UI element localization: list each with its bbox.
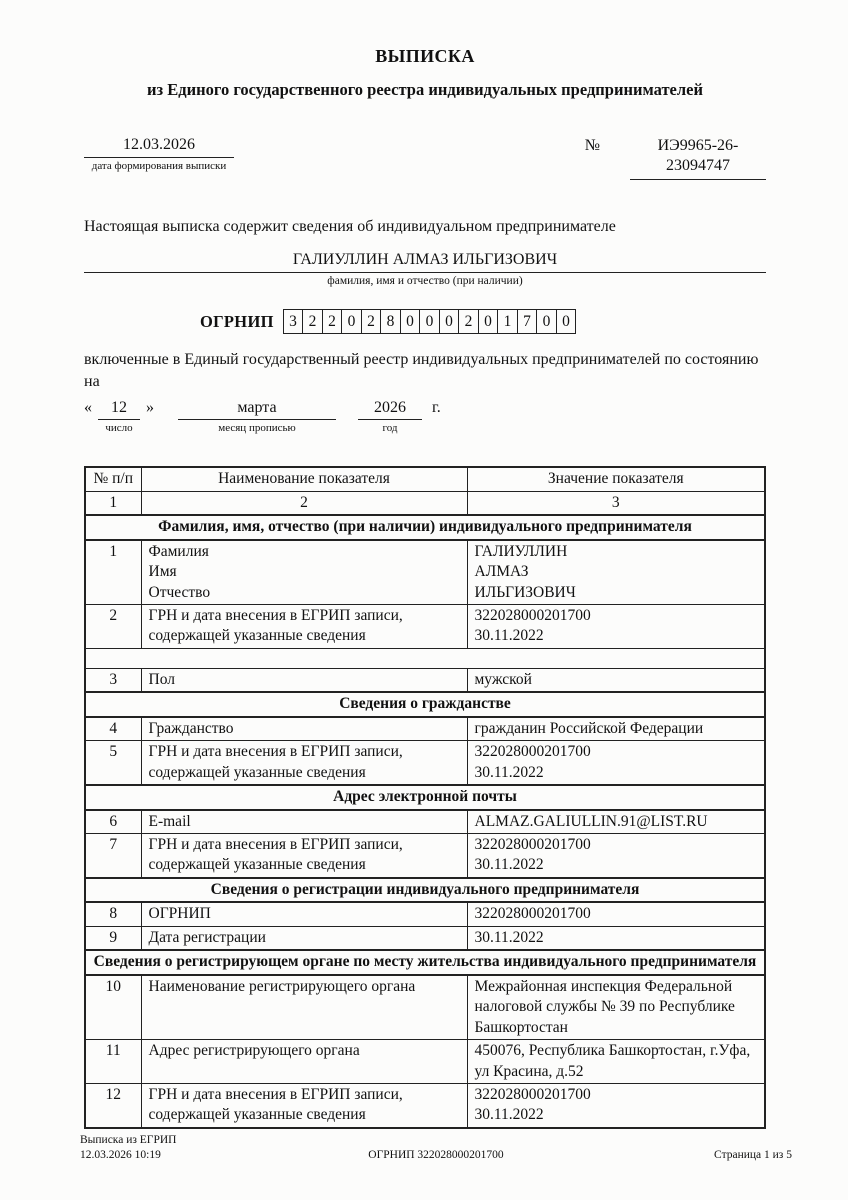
indicators-table: № п/п Наименование показателя Значение п… — [84, 466, 766, 1129]
row-number: 9 — [85, 926, 141, 950]
ogrnip-digit-box: 2 — [458, 309, 479, 334]
indicator-value: 30.11.2022 — [467, 926, 765, 950]
document-number-value: ИЭ9965-26- 23094747 — [630, 136, 766, 180]
section-title: Фамилия, имя, отчество (при наличии) инд… — [85, 515, 765, 539]
section-title: Сведения о регистрирующем органе по мест… — [85, 950, 765, 974]
ogrnip-digit-box: 3 — [283, 309, 304, 334]
ogrnip-digit-box: 0 — [536, 309, 557, 334]
document-page: ВЫПИСКА из Единого государственного реес… — [0, 0, 848, 1200]
data-row: 4Гражданствогражданин Российской Федерац… — [85, 717, 765, 741]
date-day-segment: 12 число — [98, 399, 140, 434]
date-day-value: 12 — [98, 399, 140, 420]
intro-text: Настоящая выписка содержит сведения об и… — [84, 218, 766, 236]
indicator-name: ОГРНИП — [141, 902, 467, 926]
data-row: 5ГРН и дата внесения в ЕГРИП записи, сод… — [85, 741, 765, 785]
date-day-caption: число — [98, 422, 140, 434]
quote-close: » — [146, 399, 154, 417]
column-header: № п/п — [85, 467, 141, 491]
indicator-value: 322028000201700 30.11.2022 — [467, 741, 765, 785]
indicator-name: Дата регистрации — [141, 926, 467, 950]
data-row: 9Дата регистрации30.11.2022 — [85, 926, 765, 950]
footer-doc-type: Выписка из ЕГРИП — [80, 1133, 317, 1149]
section-row: Сведения о регистрирующем органе по мест… — [85, 950, 765, 974]
indicator-name: ГРН и дата внесения в ЕГРИП записи, соде… — [141, 741, 467, 785]
indicator-value: гражданин Российской Федерации — [467, 717, 765, 741]
data-row: 7ГРН и дата внесения в ЕГРИП записи, сод… — [85, 834, 765, 878]
number-sign: № — [585, 137, 600, 155]
ogrnip-digit-box: 7 — [517, 309, 538, 334]
row-number: 10 — [85, 975, 141, 1040]
indicator-value: Межрайонная инспекция Федеральной налого… — [467, 975, 765, 1040]
quote-open: « — [84, 399, 92, 417]
section-title: Сведения о гражданстве — [85, 692, 765, 716]
indicator-name: Адрес регистрирующего органа — [141, 1040, 467, 1084]
ogrnip-digit-box: 0 — [341, 309, 362, 334]
meta-row: 12.03.2026 дата формирования выписки № И… — [84, 136, 766, 180]
row-number: 5 — [85, 741, 141, 785]
ogrnip-digit-box: 0 — [400, 309, 421, 334]
section-title: Сведения о регистрации индивидуального п… — [85, 878, 765, 902]
person-name: ГАЛИУЛЛИН АЛМАЗ ИЛЬГИЗОВИЧ — [84, 251, 766, 273]
indicator-value: мужской — [467, 668, 765, 692]
ogrnip-digit-box: 2 — [302, 309, 323, 334]
data-row: 8ОГРНИП322028000201700 — [85, 902, 765, 926]
included-text: включенные в Единый государственный реес… — [84, 349, 766, 392]
person-name-block: ГАЛИУЛЛИН АЛМАЗ ИЛЬГИЗОВИЧ фамилия, имя … — [84, 251, 766, 287]
section-row: Сведения о гражданстве — [85, 692, 765, 716]
date-month-caption: месяц прописью — [178, 422, 336, 434]
column-number: 2 — [141, 491, 467, 515]
row-number: 8 — [85, 902, 141, 926]
document-title: ВЫПИСКА — [84, 46, 766, 67]
row-number: 1 — [85, 540, 141, 605]
row-number: 6 — [85, 810, 141, 834]
form-date-block: 12.03.2026 дата формирования выписки — [84, 136, 234, 172]
indicator-name: Гражданство — [141, 717, 467, 741]
date-month-value: марта — [178, 399, 336, 420]
indicator-name: Пол — [141, 668, 467, 692]
indicator-name: ГРН и дата внесения в ЕГРИП записи, соде… — [141, 604, 467, 648]
date-year-value: 2026 — [358, 399, 422, 420]
footer-left: Выписка из ЕГРИП 12.03.2026 10:19 — [80, 1133, 317, 1164]
footer-ogrnip: ОГРНИП 322028000201700 — [317, 1148, 554, 1164]
table-header-row: № п/п Наименование показателя Значение п… — [85, 467, 765, 491]
document-number-block: ИЭ9965-26- 23094747 — [630, 136, 766, 180]
indicator-name: Наименование регистрирующего органа — [141, 975, 467, 1040]
ogrnip-digit-box: 8 — [380, 309, 401, 334]
ogrnip-digit-box: 2 — [361, 309, 382, 334]
ogrnip-digit-box: 0 — [556, 309, 577, 334]
footer-timestamp: 12.03.2026 10:19 — [80, 1148, 317, 1164]
indicator-name: Фамилия Имя Отчество — [141, 540, 467, 605]
indicator-name: ГРН и дата внесения в ЕГРИП записи, соде… — [141, 834, 467, 878]
section-row: Сведения о регистрации индивидуального п… — [85, 878, 765, 902]
data-row: 3Полмужской — [85, 668, 765, 692]
row-number: 4 — [85, 717, 141, 741]
empty-row — [85, 648, 765, 668]
column-number: 3 — [467, 491, 765, 515]
indicator-value: 450076, Республика Башкортостан, г.Уфа, … — [467, 1040, 765, 1084]
person-name-caption: фамилия, имя и отчество (при наличии) — [84, 275, 766, 287]
page-footer: Выписка из ЕГРИП 12.03.2026 10:19 ОГРНИП… — [80, 1133, 792, 1164]
ogrnip-label: ОГРНИП — [200, 312, 274, 332]
document-subtitle: из Единого государственного реестра инди… — [84, 80, 766, 100]
column-number-row: 1 2 3 — [85, 491, 765, 515]
indicator-value: ГАЛИУЛЛИН АЛМАЗ ИЛЬГИЗОВИЧ — [467, 540, 765, 605]
footer-page-number: Страница 1 из 5 — [555, 1148, 792, 1164]
table-body: № п/п Наименование показателя Значение п… — [85, 467, 765, 1128]
data-row: 2ГРН и дата внесения в ЕГРИП записи, сод… — [85, 604, 765, 648]
ogrnip-digit-box: 0 — [419, 309, 440, 334]
ogrnip-boxes: 322028000201700 — [283, 309, 577, 334]
indicator-value: 322028000201700 30.11.2022 — [467, 1084, 765, 1128]
ogrnip-digit-box: 2 — [322, 309, 343, 334]
column-number: 1 — [85, 491, 141, 515]
ogrnip-digit-box: 0 — [439, 309, 460, 334]
indicator-value: ALMAZ.GALIULLIN.91@LIST.RU — [467, 810, 765, 834]
indicator-value: 322028000201700 — [467, 902, 765, 926]
date-year-caption: год — [358, 422, 422, 434]
form-date-caption: дата формирования выписки — [84, 160, 234, 172]
ogrnip-digit-box: 0 — [478, 309, 499, 334]
document-number-group: № ИЭ9965-26- 23094747 — [585, 136, 766, 180]
row-number: 7 — [85, 834, 141, 878]
status-date-line: « 12 число » марта месяц прописью 2026 г… — [84, 399, 766, 434]
row-number: 3 — [85, 668, 141, 692]
indicator-value: 322028000201700 30.11.2022 — [467, 834, 765, 878]
section-row: Адрес электронной почты — [85, 785, 765, 809]
form-date-value: 12.03.2026 — [84, 136, 234, 158]
data-row: 10Наименование регистрирующего органаМеж… — [85, 975, 765, 1040]
column-header: Наименование показателя — [141, 467, 467, 491]
data-row: 6E-mailALMAZ.GALIULLIN.91@LIST.RU — [85, 810, 765, 834]
row-number: 11 — [85, 1040, 141, 1084]
date-year-segment: 2026 год — [358, 399, 422, 434]
document-content: ВЫПИСКА из Единого государственного реес… — [0, 0, 848, 1129]
date-month-segment: марта месяц прописью — [178, 399, 336, 434]
ogrnip-row: ОГРНИП 322028000201700 — [84, 309, 766, 334]
empty-cell — [85, 648, 765, 668]
indicator-name: E-mail — [141, 810, 467, 834]
data-row: 11Адрес регистрирующего органа450076, Ре… — [85, 1040, 765, 1084]
indicator-value: 322028000201700 30.11.2022 — [467, 604, 765, 648]
row-number: 12 — [85, 1084, 141, 1128]
row-number: 2 — [85, 604, 141, 648]
data-row: 1Фамилия Имя ОтчествоГАЛИУЛЛИН АЛМАЗ ИЛЬ… — [85, 540, 765, 605]
section-row: Фамилия, имя, отчество (при наличии) инд… — [85, 515, 765, 539]
ogrnip-digit-box: 1 — [497, 309, 518, 334]
section-title: Адрес электронной почты — [85, 785, 765, 809]
indicator-name: ГРН и дата внесения в ЕГРИП записи, соде… — [141, 1084, 467, 1128]
date-suffix: г. — [432, 399, 441, 417]
column-header: Значение показателя — [467, 467, 765, 491]
data-row: 12ГРН и дата внесения в ЕГРИП записи, со… — [85, 1084, 765, 1128]
